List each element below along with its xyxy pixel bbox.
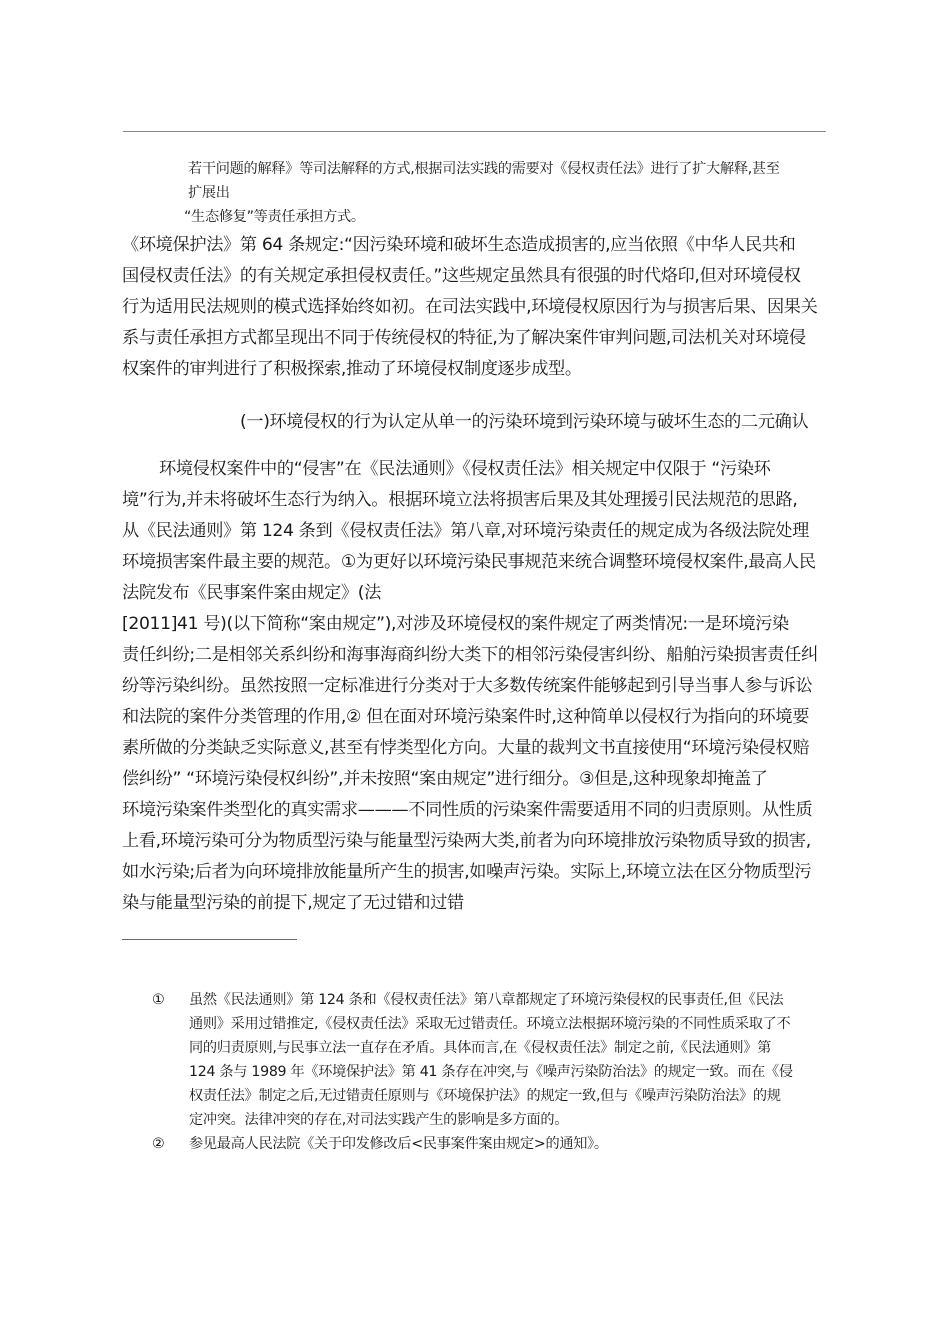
header-rule	[123, 131, 826, 132]
footnote-separator	[122, 939, 297, 940]
text-line: 素所做的分类缺乏实际意义,甚至有悖类型化方向。大量的裁判文书直接使用“环境污染侵…	[122, 733, 842, 764]
text-line: 如水污染;后者为向环境排放能量所产生的损害,如噪声污染。实际上,环境立法在区分物…	[122, 857, 842, 888]
footnote-line: 参见最高人民法院《关于印发修改后<民事案件案由规定>的通知》。	[189, 1132, 852, 1156]
text-line: 境”行为,并未将破坏生态行为纳入。根据环境立法将损害后果及其处理援引民法规范的思…	[122, 485, 842, 516]
text-line: 系与责任承担方式都呈现出不同于传统侵权的特征,为了解决案件审判问题,司法机关对环…	[122, 323, 842, 354]
text-line: [2011]41 号)(以下简称“案由规定”),对涉及环境侵权的案件规定了两类情…	[122, 609, 842, 640]
paragraph-2: 环境侵权案件中的“侵害”在《民法通则》《侵权责任法》相关规定中仅限于 “污染环 …	[122, 454, 842, 919]
footnote-1: ① 虽然《民法通则》第 124 条和《侵权责任法》第八章都规定了环境污染侵权的民…	[152, 988, 852, 1132]
text-line: 法院发布《民事案件案由规定》(法	[122, 578, 842, 609]
footnote-line: 124 条与 1989 年《环境保护法》第 41 条存在冲突,与《噪声污染防治法…	[189, 1060, 852, 1084]
carryover-text: 若干问题的解释》等司法解释的方式,根据司法实践的需要对《侵权责任法》进行了扩大解…	[188, 157, 848, 229]
text-line: 行为适用民法规则的模式选择始终如初。在司法实践中,环境侵权原因行为与损害后果、因…	[122, 292, 842, 323]
text-line: 国侵权责任法》的有关规定承担侵权责任。”这些规定虽然具有很强的时代烙印,但对环境…	[122, 261, 842, 292]
text-line: 从《民法通则》第 124 条到《侵权责任法》第八章,对环境污染责任的规定成为各级…	[122, 516, 842, 547]
text-line: 染与能量型污染的前提下,规定了无过错和过错	[122, 888, 842, 919]
text-line: 《环境保护法》第 64 条规定:“因污染环境和破坏生态造成损害的,应当依照《中华…	[122, 230, 842, 261]
footnote-2: ② 参见最高人民法院《关于印发修改后<民事案件案由规定>的通知》。	[152, 1132, 852, 1156]
footnote-line: 虽然《民法通则》第 124 条和《侵权责任法》第八章都规定了环境污染侵权的民事责…	[189, 988, 852, 1012]
footnote-line: 定冲突。法律冲突的存在,对司法实践产生的影响是多方面的。	[189, 1108, 852, 1132]
text-line: 扩展出	[188, 181, 848, 205]
footnote-line: 通则》采用过错推定,《侵权责任法》采取无过错责任。环境立法根据环境污染的不同性质…	[189, 1012, 852, 1036]
text-line: 上看,环境污染可分为物质型污染与能量型污染两大类,前者为向环境排放污染物质导致的…	[122, 826, 842, 857]
section-heading: (一)环境侵权的行为认定从单一的污染环境到污染环境与破坏生态的二元确认	[240, 410, 808, 434]
text-line: 环境侵权案件中的“侵害”在《民法通则》《侵权责任法》相关规定中仅限于 “污染环	[122, 454, 842, 485]
footnote-line: 同的归责原则,与民事立法一直存在矛盾。具体而言,在《侵权责任法》制定之前,《民法…	[189, 1036, 852, 1060]
text-line: 权案件的审判进行了积极探索,推动了环境侵权制度逐步成型。	[122, 354, 842, 385]
text-line: 环境损害案件最主要的规范。①为更好以环境污染民事规范来统合调整环境侵权案件,最高…	[122, 547, 842, 578]
text-line: 和法院的案件分类管理的作用,② 但在面对环境污染案件时,这种简单以侵权行为指向的…	[122, 702, 842, 733]
text-line: 纷等污染纠纷。虽然按照一定标准进行分类对于大多数传统案件能够起到引导当事人参与诉…	[122, 671, 842, 702]
paragraph-1: 《环境保护法》第 64 条规定:“因污染环境和破坏生态造成损害的,应当依照《中华…	[122, 230, 842, 385]
footnote-marker: ②	[152, 1132, 176, 1156]
footnotes: ① 虽然《民法通则》第 124 条和《侵权责任法》第八章都规定了环境污染侵权的民…	[152, 988, 852, 1156]
footnote-line: 权责任法》制定之后,无过错责任原则与《环境保护法》的规定一致,但与《噪声污染防治…	[189, 1084, 852, 1108]
text-line: 若干问题的解释》等司法解释的方式,根据司法实践的需要对《侵权责任法》进行了扩大解…	[188, 157, 848, 181]
text-line: 环境污染案件类型化的真实需求———不同性质的污染案件需要适用不同的归责原则。从性…	[122, 795, 842, 826]
text-line: 责任纠纷;二是相邻关系纠纷和海事海商纠纷大类下的相邻污染侵害纠纷、船舶污染损害责…	[122, 640, 842, 671]
text-line: “生态修复”等责任承担方式。	[184, 205, 848, 229]
footnote-marker: ①	[152, 988, 176, 1012]
text-line: 偿纠纷” “环境污染侵权纠纷”,并未按照“案由规定”进行细分。③但是,这种现象却…	[122, 764, 842, 795]
